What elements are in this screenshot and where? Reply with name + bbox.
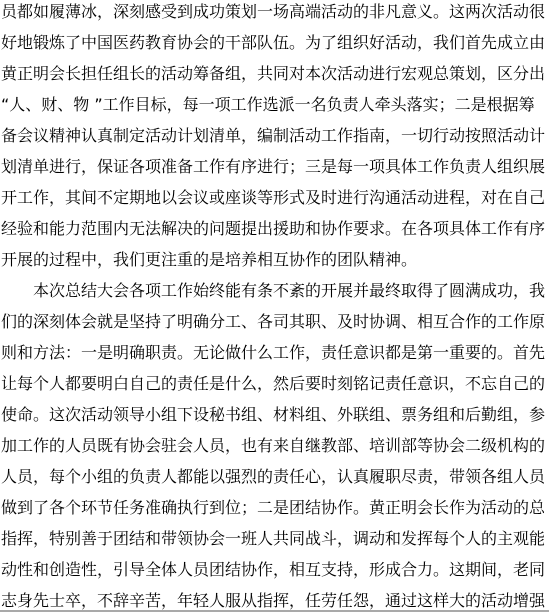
text-line: 员都如履薄冰，深刻感受到成功策划一场高端活动的非凡意义。这两次活动很 [1, 0, 549, 27]
text-line: 人员，每个小组的负责人都能以强烈的责任心，认真履职尽责，带领各组人员 [1, 461, 549, 492]
text-line: 动性和创造性，引导全体人员团结协作，相互支持，形成合力。这期间，老同 [1, 554, 549, 585]
text-line: 加工作的人员既有协会驻会人员，也有来自继教部、培训部等协会二级机构的 [1, 430, 549, 461]
text-line: 备会议精神认真制定活动计划清单，编制活动工作指南，一切行动按照活动计 [1, 120, 549, 151]
text-line: 们的深刻体会就是坚持了明确分工、各司其职、及时协调、相互合作的工作原 [1, 306, 549, 337]
document-body: 员都如履薄冰，深刻感受到成功策划一场高端活动的非凡意义。这两次活动很好地锻炼了中… [0, 0, 549, 614]
text-line: 好地锻炼了中国医药教育协会的干部队伍。为了组织好活动，我们首先成立由 [1, 27, 549, 58]
text-line: 让每个人都要明白自己的责任是什么，然后要时刻铭记责任意识，不忘自己的 [1, 368, 549, 399]
text-line: 使命。这次活动领导小组下设秘书组、材料组、外联组、票务组和后勤组，参 [1, 399, 549, 430]
paragraph: 员都如履薄冰，深刻感受到成功策划一场高端活动的非凡意义。这两次活动很好地锻炼了中… [1, 0, 549, 275]
text-line: 开工作，其间不定期地以会议或座谈等形式及时进行沟通活动进程，对在自己 [1, 182, 549, 213]
paragraph: 本次总结大会各项工作始终能有条不紊的开展并最终取得了圆满成功，我们的深刻体会就是… [1, 275, 549, 614]
text-line: 则和方法：一是明确职责。无论做什么工作，责任意识都是第一重要的。首先 [1, 337, 549, 368]
text-line: 开展的过程中，我们更注重的是培养相互协作的团队精神。 [1, 244, 549, 275]
text-line: 指挥，特别善于团结和带领协会一班人共同战斗，调动和发挥每个人的主观能 [1, 523, 549, 554]
text-line: 经验和能力范围内无法解决的问题提出援助和协作要求。在各项具体工作有序 [1, 213, 549, 244]
text-line: 本次总结大会各项工作始终能有条不紊的开展并最终取得了圆满成功，我 [1, 275, 549, 306]
document-page: 员都如履薄冰，深刻感受到成功策划一场高端活动的非凡意义。这两次活动很好地锻炼了中… [0, 0, 549, 614]
text-line: 做到了各个环节任务准确执行到位；二是团结协作。黄正明会长作为活动的总 [1, 492, 549, 523]
text-line: 划清单进行，保证各项准备工作有序进行；三是每一项具体工作负责人组织展 [1, 151, 549, 182]
text-line: “人、财、物 ”工作目标，每一项工作选派一名负责人牵头落实；二是根据筹 [1, 89, 549, 120]
text-line: 黄正明会长担任组长的活动筹备组，共同对本次活动进行宏观总策划，区分出 [1, 58, 549, 89]
